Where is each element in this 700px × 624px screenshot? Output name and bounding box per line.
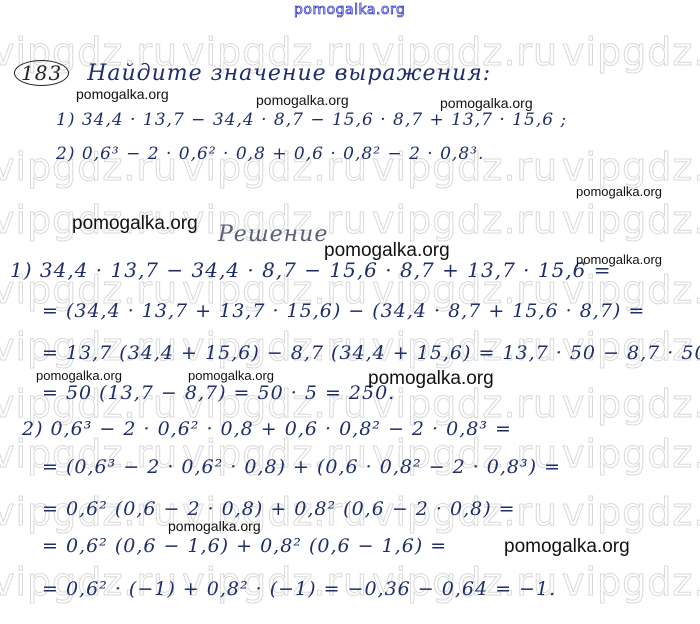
overlay-watermark: pomogalka.org — [256, 92, 349, 108]
solution-1-line-3: = 13,7 (34,4 + 15,6) − 8,7 (34,4 + 15,6)… — [42, 342, 700, 364]
solution-2-line-4: = 0,6² (0,6 − 1,6) + 0,8² (0,6 − 1,6) = — [42, 535, 447, 557]
overlay-watermark: pomogalka.org — [576, 252, 662, 267]
overlay-watermark: pomogalka.org — [36, 368, 122, 383]
watermark: vipgdz.ru — [562, 490, 700, 530]
overlay-watermark: pomogalka.org — [188, 368, 274, 383]
overlay-watermark: pomogalka.org — [72, 213, 198, 235]
solution-1-line-1: 1) 34,4 · 13,7 − 34,4 · 8,7 − 15,6 · 8,7… — [10, 258, 612, 282]
watermark: vipgdz.ru — [562, 560, 700, 600]
watermark: vipgdz.ru — [562, 30, 700, 70]
task-number: 183 — [14, 60, 69, 86]
task-title: 183Найдите значение выражения: — [14, 60, 491, 86]
problem-1: 1) 34,4 · 13,7 − 34,4 · 8,7 − 15,6 · 8,7… — [56, 110, 567, 130]
overlay-watermark: pomogalka.org — [76, 86, 169, 102]
watermark: vipgdz.ru — [562, 145, 700, 185]
overlay-watermark: pomogalka.org — [168, 518, 261, 534]
overlay-watermark: pomogalka.org — [504, 536, 630, 558]
overlay-watermark: pomogalka.org — [368, 368, 494, 390]
solution-1-line-2: = (34,4 · 13,7 + 13,7 · 15,6) − (34,4 · … — [42, 300, 645, 322]
solution-2-line-1: 2) 0,6³ − 2 · 0,6² · 0,8 + 0,6 · 0,8² − … — [22, 418, 512, 440]
watermark: vipgdz.ru — [562, 382, 700, 422]
site-header: pomogalka.org — [294, 2, 405, 18]
watermark: vipgdz.ru — [372, 198, 562, 238]
overlay-watermark: pomogalka.org — [324, 240, 450, 262]
overlay-watermark: pomogalka.org — [440, 95, 533, 111]
solution-2-line-3: = 0,6² (0,6 − 2 · 0,8) + 0,8² (0,6 − 2 ·… — [42, 498, 516, 520]
task-instruction: Найдите значение выражения: — [87, 61, 491, 86]
problem-2: 2) 0,6³ − 2 · 0,6² · 0,8 + 0,6 · 0,8² − … — [56, 144, 484, 164]
solution-2-line-2: = (0,6³ − 2 · 0,6² · 0,8) + (0,6 · 0,8² … — [42, 456, 561, 478]
watermark: vipgdz.ru — [562, 432, 700, 472]
solution-2-line-5: = 0,6² · (−1) + 0,8² · (−1) = −0,36 − 0,… — [42, 578, 556, 600]
watermark: vipgdz.ru — [562, 198, 700, 238]
solution-1-line-4: = 50 (13,7 − 8,7) = 50 · 5 = 250. — [42, 382, 395, 404]
overlay-watermark: pomogalka.org — [576, 184, 662, 199]
solution-heading: Решение — [218, 222, 328, 247]
